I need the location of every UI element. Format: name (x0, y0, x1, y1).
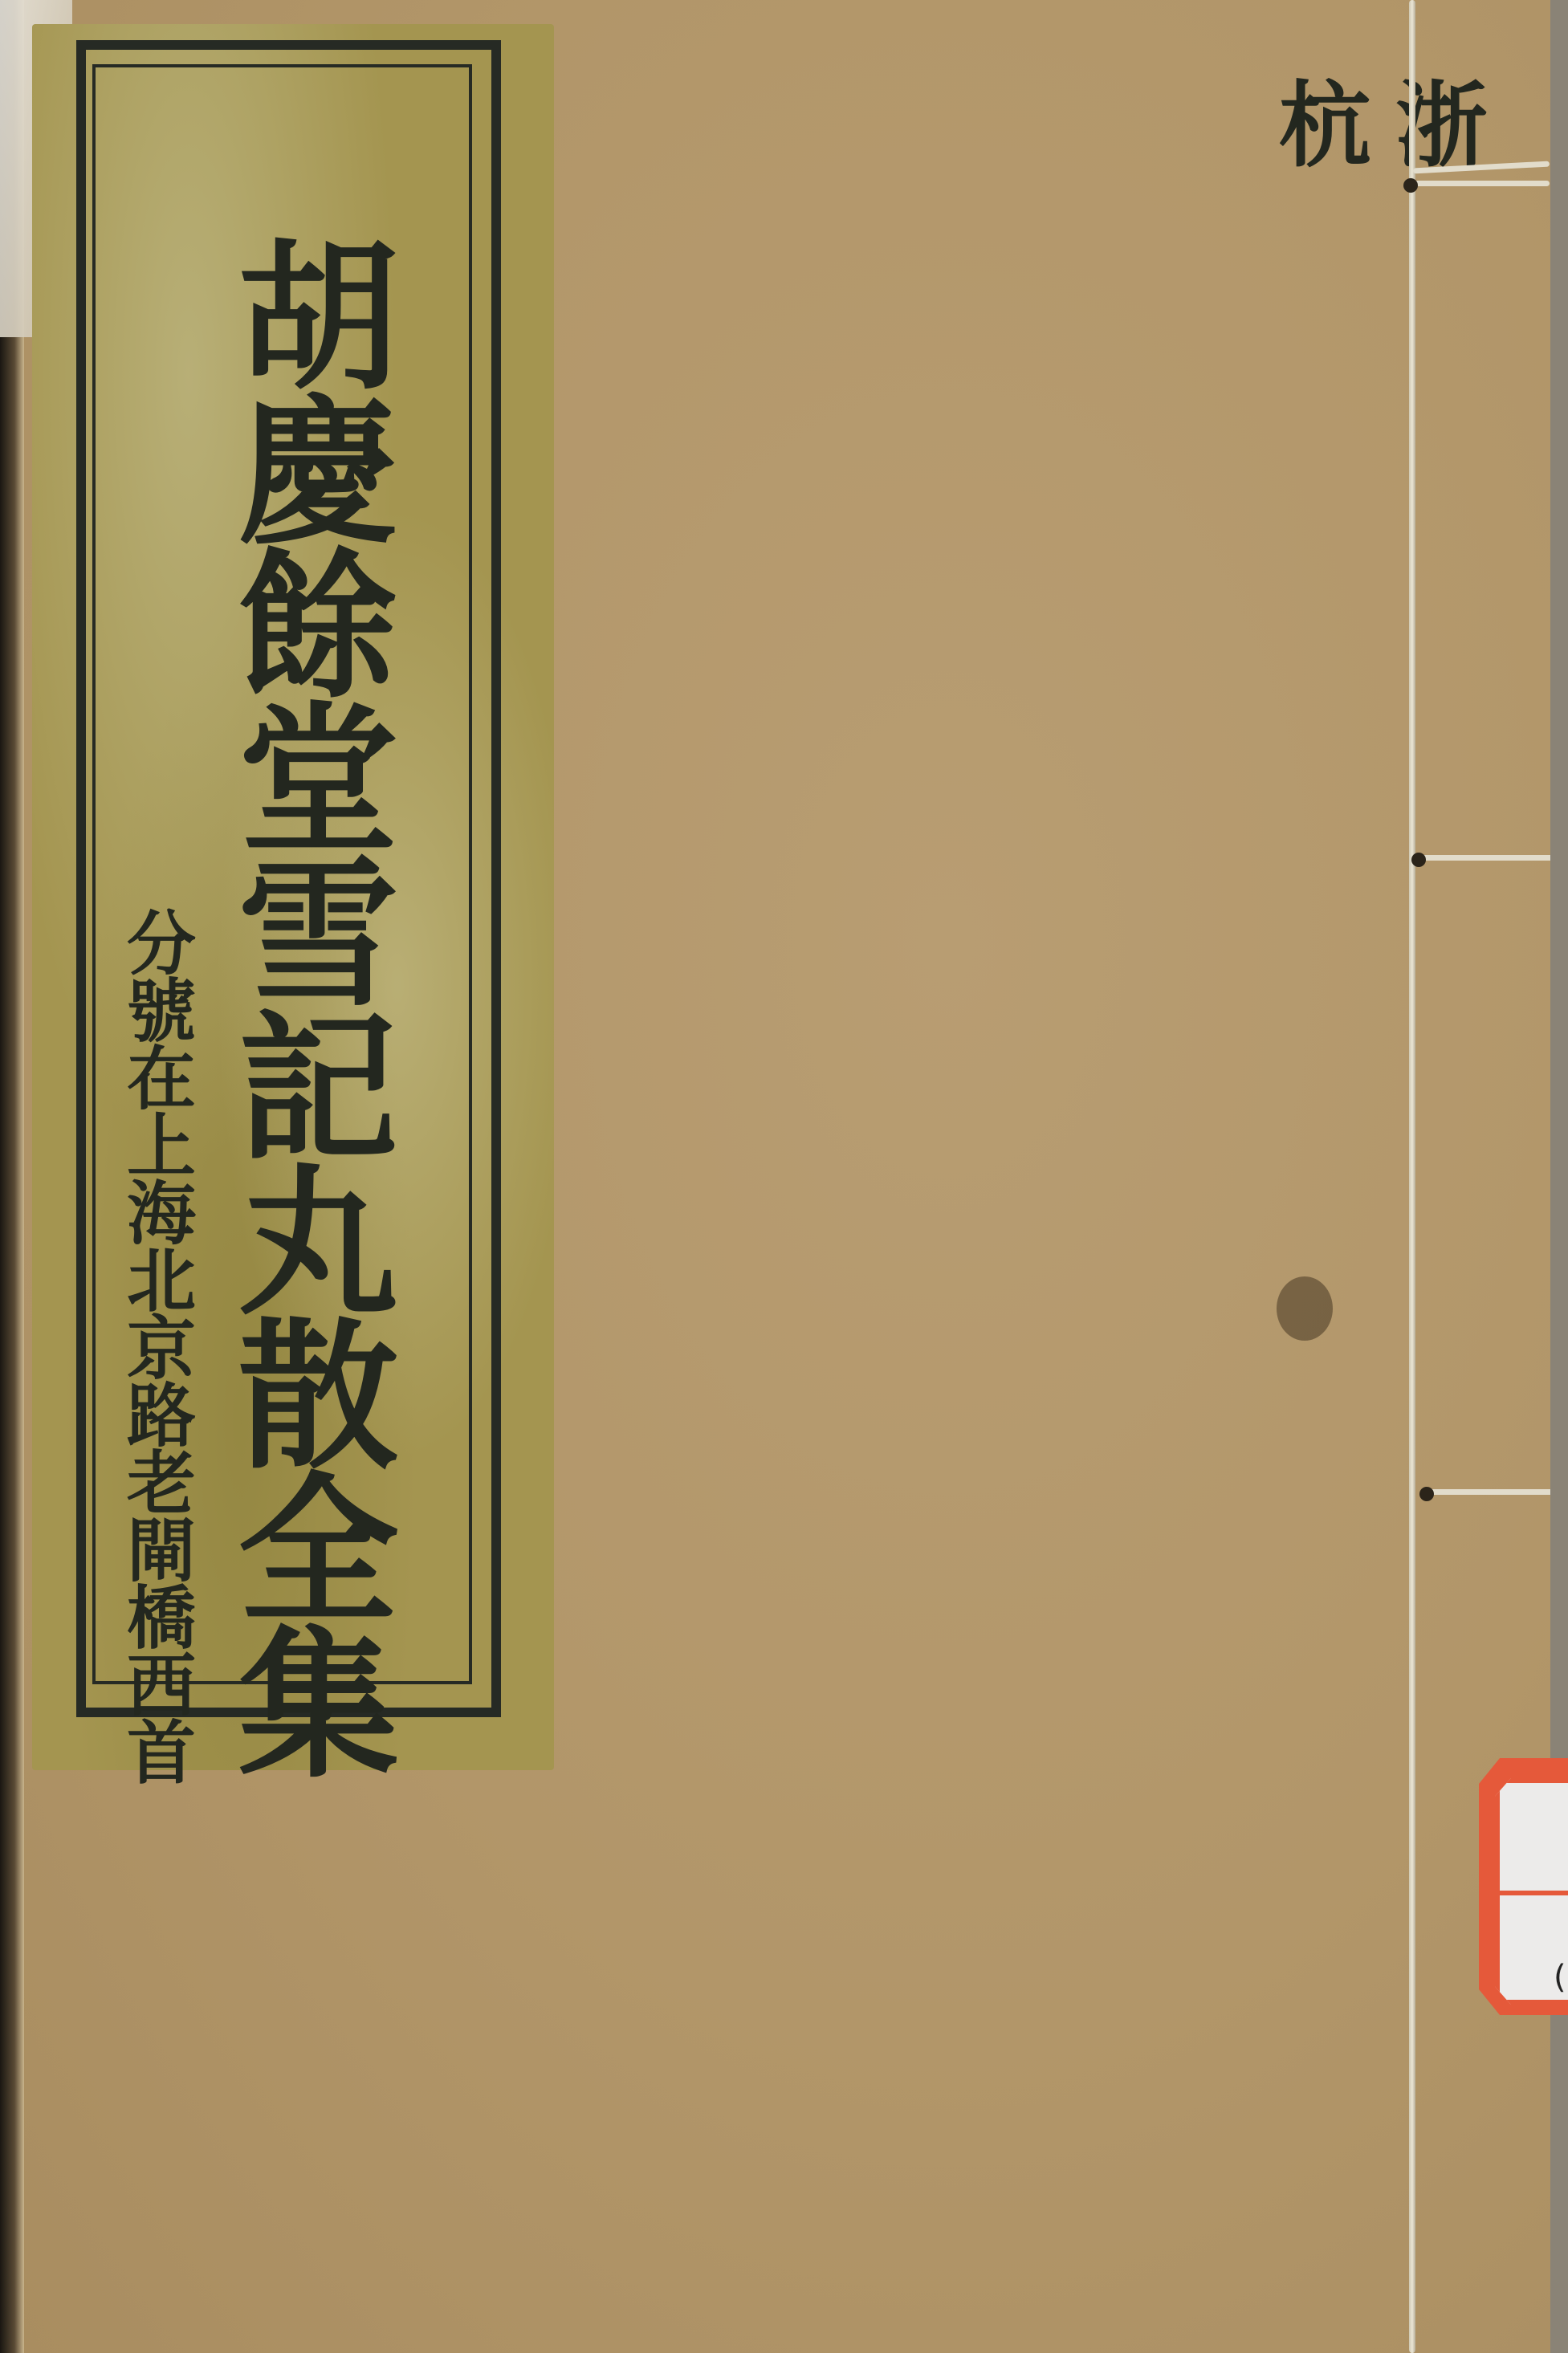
library-tag-text: ( (1554, 1959, 1566, 1996)
binding-stitch (1413, 181, 1550, 186)
binding-stitch (1417, 855, 1568, 861)
book-title: 胡慶餘堂雪記丸散全集 (181, 233, 405, 1774)
binding-knot (1403, 178, 1418, 193)
publisher-address: 分號在上海北京路老閘橋西首 (120, 907, 189, 1784)
cover-left-edge (0, 0, 24, 2353)
stain-spot (1277, 1276, 1333, 1341)
binding-knot (1411, 853, 1426, 867)
label-subtitle: 浙 杭 (1271, 76, 1480, 169)
binding-stitch (1425, 1489, 1568, 1495)
subtitle-char-hang: 杭 (1271, 76, 1363, 169)
binding-knot (1419, 1487, 1434, 1501)
binding-thread-vertical (1409, 0, 1415, 2353)
subtitle-char-zhe: 浙 (1387, 76, 1480, 169)
library-tag-divider (1500, 1891, 1568, 1895)
